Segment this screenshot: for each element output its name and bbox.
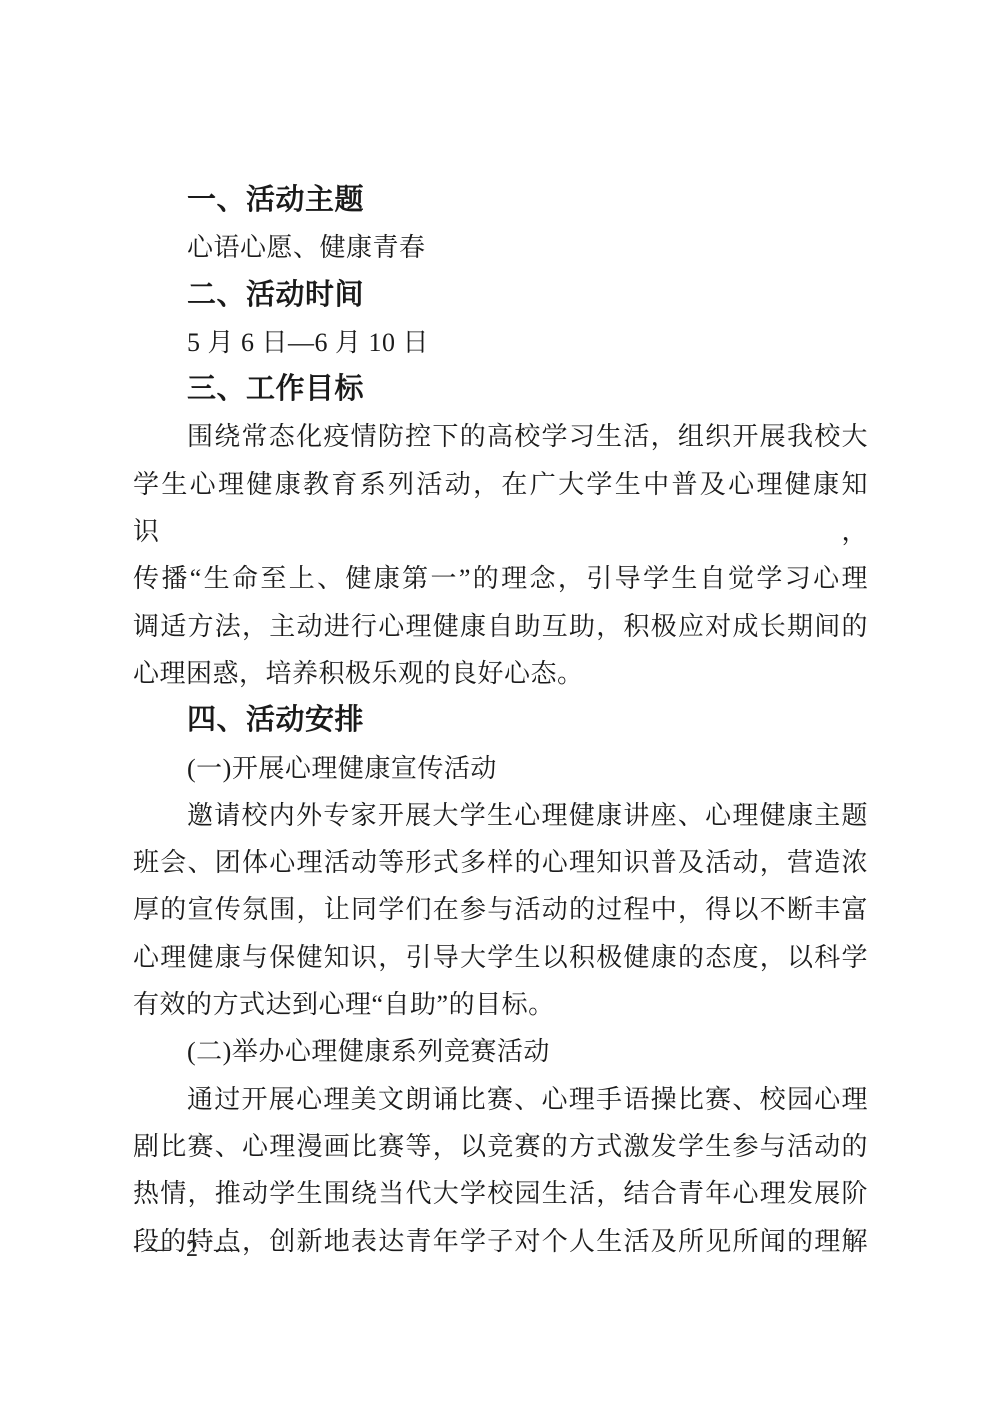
body-line: 调适方法，主动进行心理健康自助互助，积极应对成长期间的 [133, 603, 868, 650]
body-line: 传播“生命至上、健康第一”的理念，引导学生自觉学习心理 [133, 555, 868, 602]
body-line: 热情，推动学生围绕当代大学校园生活，结合青年心理发展阶 [133, 1170, 868, 1217]
section-heading-1: 一、活动主题 [133, 177, 868, 224]
body-line: 心理健康与保健知识，引导大学生以积极健康的态度，以科学 [133, 934, 868, 981]
document-page: 一、活动主题 心语心愿、健康青春 二、活动时间 5 月 6 日—6 月 10 日… [0, 0, 1000, 1413]
body-line: 学生心理健康教育系列活动，在广大学生中普及心理健康知识， [133, 461, 868, 556]
subsection-heading-2: (二)举办心理健康系列竞赛活动 [133, 1028, 868, 1075]
body-line: 段的特点，创新地表达青年学子对个人生活及所见所闻的理解 [133, 1218, 868, 1265]
body-line: 心理困惑，培养积极乐观的良好心态。 [133, 650, 868, 697]
body-line: 班会、团体心理活动等形式多样的心理知识普及活动，营造浓 [133, 839, 868, 886]
body-line: 邀请校内外专家开展大学生心理健康讲座、心理健康主题 [133, 792, 868, 839]
page-number: — 2 — [146, 1234, 243, 1264]
date-range-text: 5 月 6 日—6 月 10 日 [133, 319, 868, 366]
body-line: 有效的方式达到心理“自助”的目标。 [133, 981, 868, 1028]
body-line: 围绕常态化疫情防控下的高校学习生活，组织开展我校大 [133, 413, 868, 460]
section-heading-3: 三、工作目标 [133, 366, 868, 413]
theme-text: 心语心愿、健康青春 [133, 224, 868, 271]
body-line: 通过开展心理美文朗诵比赛、心理手语操比赛、校园心理 [133, 1076, 868, 1123]
section-heading-2: 二、活动时间 [133, 272, 868, 319]
body-line: 剧比赛、心理漫画比赛等，以竞赛的方式激发学生参与活动的 [133, 1123, 868, 1170]
body-line: 厚的宣传氛围，让同学们在参与活动的过程中，得以不断丰富 [133, 886, 868, 933]
document-body: 一、活动主题 心语心愿、健康青春 二、活动时间 5 月 6 日—6 月 10 日… [133, 177, 868, 1265]
section-heading-4: 四、活动安排 [133, 697, 868, 744]
subsection-heading-1: (一)开展心理健康宣传活动 [133, 745, 868, 792]
